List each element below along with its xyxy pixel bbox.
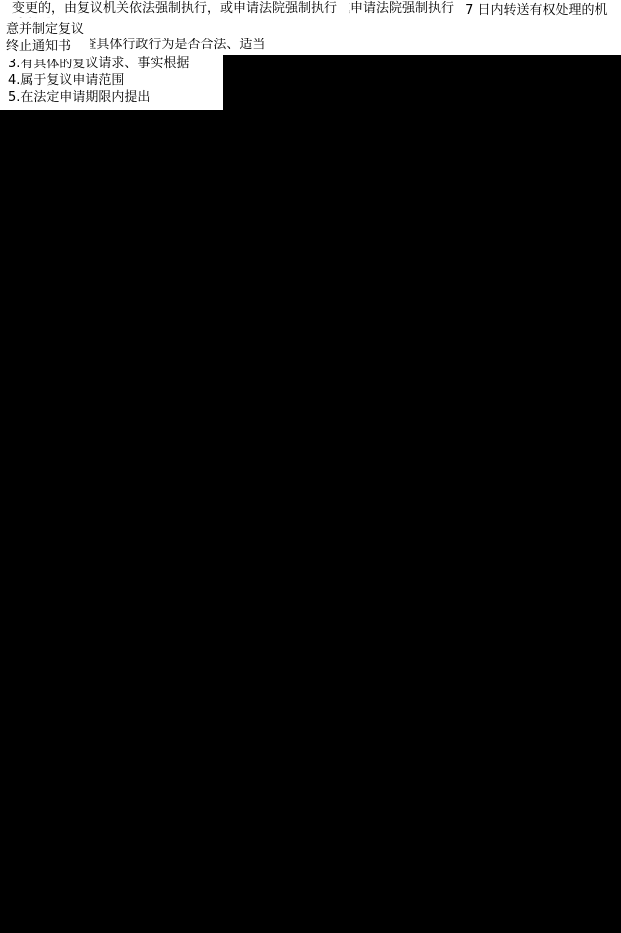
- execute-changed-note: 变更的，由复议机关依法强制执行，或申请法院强制执行: [0, 0, 349, 17]
- flowchart-canvas: 申请 受理 审理 结案 执行 口头申请 网上申请 书面申请 申请条件： 1.申请…: [0, 0, 621, 933]
